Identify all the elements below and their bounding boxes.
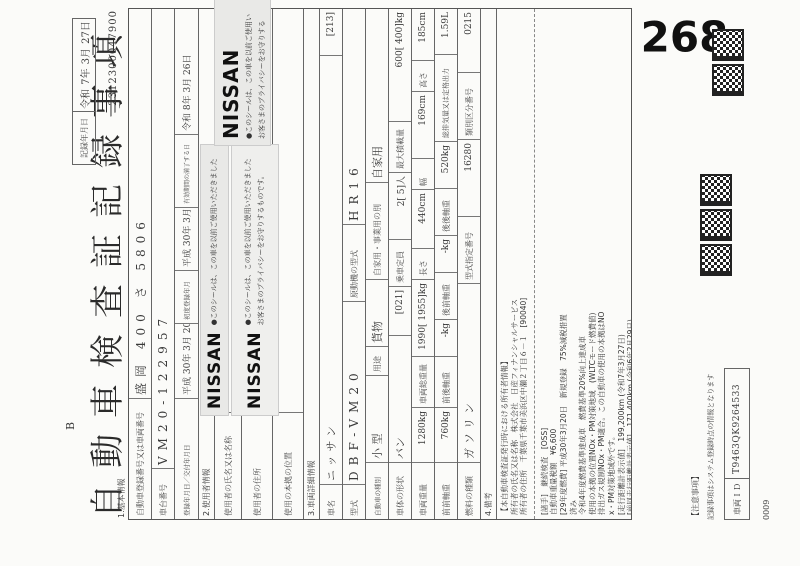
registration-number-row: 自動車登録番号又は車両番号 盛岡 400 さ 5806 xyxy=(129,9,152,519)
record-date-label: 記録年月日 xyxy=(73,111,95,164)
record-date-value: 令和 7年 3月 27日 xyxy=(73,19,95,111)
rear-rear-axle: 520kg xyxy=(435,141,457,188)
rear-front-axle-label: 後前軸重 xyxy=(435,272,457,319)
privacy-sticker-1: NISSAN ●このシールは、この車を以前ご使用いただきました xyxy=(200,144,229,416)
height-label: 高さ xyxy=(412,60,434,91)
nissan-logo: NISSAN xyxy=(219,6,243,139)
qr-code-5 xyxy=(700,244,732,276)
sticker-text: ●このシールは、この車を以前ご使用い xyxy=(243,6,256,139)
chassis-number-label: 車台番号 xyxy=(152,468,174,519)
model-label: 型式 xyxy=(343,484,365,519)
width-label: 幅 xyxy=(412,158,434,189)
use-label: 用途 xyxy=(366,346,388,375)
weight: 1280kg xyxy=(412,407,434,462)
owner-info: 【本自動車検査証発行時における所有者情報】 所有者の氏名又は名称 株式会社 日産… xyxy=(497,9,532,519)
qr-code-1 xyxy=(712,64,744,96)
serial-number: 2312300047900 xyxy=(108,10,119,116)
expiry-label: 有効期間の満了する日 xyxy=(175,134,198,207)
maker: ニッサン xyxy=(320,55,342,484)
vehicle-id-box: 車両ＩＤ T9463QK9264533 xyxy=(724,368,750,520)
expiry-date: 令和 8年 3月 26日 xyxy=(175,9,198,134)
registration-date-label: 登録年月日／交付年月日 xyxy=(175,398,198,519)
displacement: 1.59L xyxy=(435,9,457,54)
model-row: 型式 DBF-VM20 原動機の型式 HR16 xyxy=(343,9,366,519)
record-date-day: 27日 xyxy=(77,21,92,44)
chassis-number-row: 車台番号 VM20-122957 xyxy=(152,9,175,519)
engine-model-label: 原動機の型式 xyxy=(343,224,365,301)
front-rear-axle-label: 前後軸重 xyxy=(435,356,457,407)
maker-code: [213] xyxy=(320,9,342,55)
fuel-row: 燃料の種類 ガソリン 型式指定番号 16280 類別区分番号 0215 xyxy=(458,9,481,519)
maker-label: 車名 xyxy=(320,484,342,519)
front-front-axle: 760kg xyxy=(435,407,457,462)
rear-front-axle: -kg xyxy=(435,235,457,272)
length: 440cm xyxy=(412,189,434,248)
vehicle-kind-label: 自動車の種別 xyxy=(366,462,388,519)
vehicle-id-label: 車両ＩＤ xyxy=(725,478,749,519)
record-date-box: 記録年月日 令和 7年 3月 27日 xyxy=(72,18,96,165)
privacy-sticker-3: NISSAN ●このシールは、この車を以前ご使用い お客さまのプライバシーをお守… xyxy=(214,0,271,146)
fuel-label: 燃料の種類 xyxy=(458,462,480,519)
category-label: 類別区分番号 xyxy=(458,72,480,139)
use: 貨物 xyxy=(366,279,388,346)
qr-code-3 xyxy=(700,174,732,206)
page-code: 0009 xyxy=(762,500,771,520)
registration-date: 平成 30年 3月 20日 xyxy=(175,323,198,398)
vehicle-id: T9463QK9264533 xyxy=(725,369,749,478)
kind-row: 自動車の種別 小 型 用途 貨物 自家用・事業用の別 自家用 xyxy=(366,9,389,519)
user-address-label: 使用者の住所 xyxy=(242,412,272,519)
rear-rear-axle-label: 後後軸重 xyxy=(435,188,457,235)
max-load: 600[ 400]kg xyxy=(389,9,411,121)
form-mark: B xyxy=(64,422,77,430)
privacy-sticker-2: NISSAN ●このシールは、この車を以前ご使用いただきました お客さまのプライ… xyxy=(231,144,279,416)
caution-heading: 【注意事項】 xyxy=(690,472,701,520)
dates-row: 登録年月日／交付年月日 平成 30年 3月 20日 初度登録年月 平成 30年 … xyxy=(175,9,199,519)
model: DBF-VM20 xyxy=(343,301,365,484)
notes-divider xyxy=(534,9,535,519)
nissan-logo: NISSAN xyxy=(205,331,225,409)
record-date-era: 令和 xyxy=(77,89,92,109)
first-registration: 平成 30年 3月 xyxy=(175,207,198,270)
type-designation-label: 型式指定番号 xyxy=(458,216,480,283)
qr-code-2 xyxy=(712,29,744,61)
remarks: [諸手] 継続検査 [OSS] 自動車重量税額 ¥6,600 [29年度燃費] … xyxy=(537,9,632,519)
width: 169cm xyxy=(412,91,434,158)
caution-text: 記録事項はシステム登録時点の情報となります xyxy=(706,374,716,520)
capacity: 2[ 5]人 xyxy=(389,172,411,239)
registration-number: 盛岡 400 さ 5806 xyxy=(129,9,151,398)
category: 0215 xyxy=(458,9,480,72)
displacement-label: 総排気量又は定格出力 xyxy=(435,54,457,141)
first-registration-label: 初度登録年月 xyxy=(175,270,198,323)
section4-heading: 4.備考 xyxy=(481,9,497,519)
vehicle-kind: 小 型 xyxy=(366,375,388,462)
sticker-text: ●このシールは、この車を以前ご使用いただきました xyxy=(242,158,255,325)
capacity-label: 乗車定員 xyxy=(389,239,411,286)
record-date-month: 3月 xyxy=(77,48,92,64)
sticker-text: ●このシールは、この車を以前ご使用いただきました xyxy=(208,158,221,325)
chassis-number: VM20-122957 xyxy=(152,9,174,468)
body-shape: バン xyxy=(389,335,411,462)
body-row: 車体の形状 バン [021] 乗車定員 2[ 5]人 最大積載量 600[ 40… xyxy=(389,9,412,519)
front-front-axle-label: 前前軸重 xyxy=(435,462,457,519)
max-load-label: 最大積載量 xyxy=(389,121,411,172)
body-shape-label: 車体の形状 xyxy=(389,462,411,519)
user-name-label: 使用者の氏名又は名称 xyxy=(215,412,241,519)
length-label: 長さ xyxy=(412,248,434,279)
nissan-logo: NISSAN xyxy=(245,331,265,409)
base-location-label: 使用の本拠の位置 xyxy=(273,412,303,519)
height: 185cm xyxy=(412,9,434,60)
sticker-text: お客さまのプライバシーをお守りするものです。 xyxy=(255,158,268,325)
notes-area: 【本自動車検査証発行時における所有者情報】 所有者の氏名又は名称 株式会社 日産… xyxy=(497,9,632,519)
section1-heading: 1.基本情報 xyxy=(116,478,127,518)
qr-code-4 xyxy=(700,209,732,241)
weight-label: 車両重量 xyxy=(412,462,434,519)
fuel: ガソリン xyxy=(458,283,480,462)
weight-row: 車両重量 1280kg 車両総重量 1990[ 1955]kg 長さ 440cm… xyxy=(412,9,435,519)
private-business: 自家用 xyxy=(366,9,388,182)
inspection-record-document: B 自動車検査証記録事項 記録年月日 令和 7年 3月 27日 23123000… xyxy=(0,0,800,566)
type-designation: 16280 xyxy=(458,139,480,216)
private-business-label: 自家用・事業用の別 xyxy=(366,182,388,279)
front-rear-axle: -kg xyxy=(435,319,457,356)
engine-model: HR16 xyxy=(343,9,365,224)
axle-row: 前前軸重 760kg 前後軸重 -kg 後前軸重 -kg 後後軸重 520kg … xyxy=(435,9,458,519)
gross-weight: 1990[ 1955]kg xyxy=(412,279,434,356)
registration-number-label: 自動車登録番号又は車両番号 xyxy=(129,398,151,519)
body-shape-code: [021] xyxy=(389,286,411,335)
gross-weight-label: 車両総重量 xyxy=(412,356,434,407)
section3-heading: 3.車両詳細情報 xyxy=(304,9,320,519)
record-date-year: 7年 xyxy=(77,68,92,84)
maker-row: 車名 ニッサン [213] xyxy=(320,9,343,519)
sticker-text: お客さまのプライバシーをお守りする xyxy=(256,6,269,139)
